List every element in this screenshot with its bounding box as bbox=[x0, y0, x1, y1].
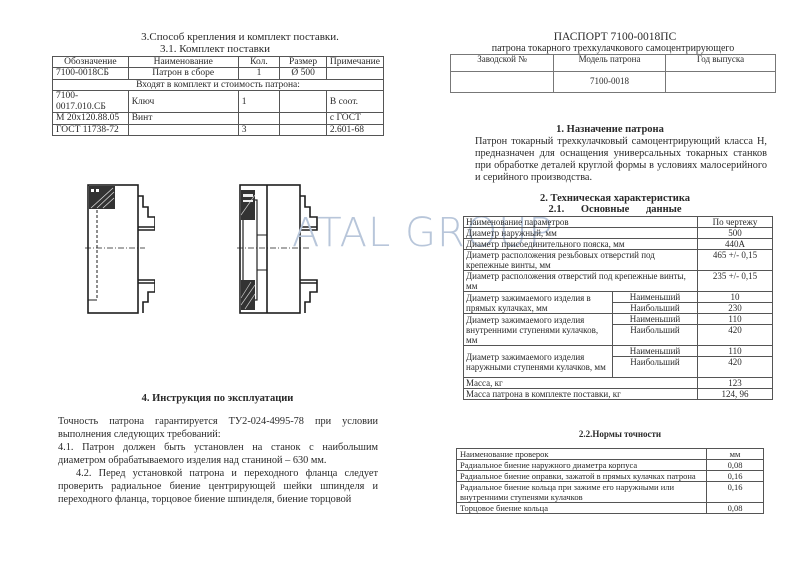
kit-included-label: Входят в комплект и стоимость патрона: bbox=[53, 79, 384, 90]
kit-cell: 1 bbox=[238, 91, 280, 113]
table-row: Диаметр зажимаемого изделия внутренними … bbox=[464, 314, 773, 325]
table-row: Масса патрона в комплекте поставки, кг 1… bbox=[464, 389, 773, 400]
kit-cell: 3 bbox=[238, 124, 280, 135]
param-value: 123 bbox=[698, 378, 773, 389]
passport-title: ПАСПОРТ 7100-0018ПС bbox=[525, 31, 705, 43]
table-row: Диаметр наружный, мм 500 bbox=[464, 228, 773, 239]
kit-cell bbox=[280, 124, 327, 135]
min-value: 110 bbox=[698, 314, 773, 325]
param-value: 500 bbox=[698, 228, 773, 239]
check-label: Торцовое биение кольца bbox=[457, 503, 707, 514]
kit-header-cell: Кол. bbox=[238, 57, 280, 68]
kit-cell bbox=[326, 68, 383, 79]
passport-subtitle: патрона токарного трехкулачкового самоце… bbox=[478, 43, 748, 54]
table-row: Радиальное биение наружного диаметра кор… bbox=[457, 460, 764, 471]
table-row: Диаметр присоединительного пояска, мм 44… bbox=[464, 239, 773, 250]
kit-cell: 7100-0017.010.СБ bbox=[53, 91, 129, 113]
kit-cell: М 20х120.88.05 bbox=[53, 113, 129, 124]
check-value: 0,16 bbox=[707, 482, 764, 503]
kit-header-cell: Размер bbox=[280, 57, 327, 68]
param-label: Диаметр зажимаемого изделия наружными ст… bbox=[464, 346, 613, 378]
check-value: 0,16 bbox=[707, 471, 764, 482]
param-label: Масса, кг bbox=[464, 378, 698, 389]
paragraph: 4.1. Патрон должен быть установлен на ст… bbox=[58, 441, 378, 467]
max-value: 230 bbox=[698, 303, 773, 314]
table-row: Радиальное биение кольца при зажиме его … bbox=[457, 482, 764, 503]
paragraph: Точность патрона гарантируется ТУ2-024-4… bbox=[58, 415, 378, 441]
kit-cell: Винт bbox=[128, 113, 238, 124]
paragraph: 4.2. Перед установкой патрона и переходн… bbox=[58, 467, 378, 506]
param-value: 124, 96 bbox=[698, 389, 773, 400]
table-row: М 20х120.88.05 Винт с ГОСТ bbox=[53, 113, 384, 124]
passport-header-cell: Модель патрона bbox=[554, 55, 666, 72]
section3-title: 3.Способ крепления и комплект поставки. bbox=[115, 31, 365, 43]
table-row: ГОСТ 11738-72 3 2.601-68 bbox=[53, 124, 384, 135]
param-label: Диаметр зажимаемого изделия в прямых кул… bbox=[464, 292, 613, 314]
kit-cell: ГОСТ 11738-72 bbox=[53, 124, 129, 135]
param-label: Диаметр расположения резьбовых отверстий… bbox=[464, 250, 698, 271]
table-row: 7100-0018 bbox=[451, 72, 776, 93]
section4-body: Точность патрона гарантируется ТУ2-024-4… bbox=[58, 415, 378, 506]
kit-header-cell: Наименование bbox=[128, 57, 238, 68]
kit-cell: с ГОСТ bbox=[326, 113, 383, 124]
param-value: 440А bbox=[698, 239, 773, 250]
section21-title: 2.1. Основные данные bbox=[495, 204, 735, 215]
main-data-table: Наименование параметров По чертежу Диаме… bbox=[463, 216, 773, 400]
check-value: 0,08 bbox=[707, 460, 764, 471]
kit-header-cell: Примечание bbox=[326, 57, 383, 68]
kit-cell: Патрон в сборе bbox=[128, 68, 238, 79]
table-row: Масса, кг 123 bbox=[464, 378, 773, 389]
kit-cell: 7100-0018СБ bbox=[53, 68, 129, 79]
check-label: Радиальное биение наружного диаметра кор… bbox=[457, 460, 707, 471]
section4-title: 4. Инструкция по эксплуатации bbox=[105, 393, 330, 404]
passport-header-cell: Заводской № bbox=[451, 55, 554, 72]
section1-body: Патрон токарный трехкулачковый самоцентр… bbox=[475, 136, 767, 184]
min-value: 110 bbox=[698, 346, 773, 357]
min-label: Наименьший bbox=[613, 346, 698, 357]
kit-cell: 1 bbox=[238, 68, 280, 79]
param-label: Диаметр зажимаемого изделия внутренними … bbox=[464, 314, 613, 346]
min-label: Наименьший bbox=[613, 314, 698, 325]
table-row: 7100-0018СБ Патрон в сборе 1 Ø 500 bbox=[53, 68, 384, 79]
section1-title: 1. Назначение патрона bbox=[520, 124, 700, 135]
param-label: Диаметр расположения отверстий под крепе… bbox=[464, 271, 698, 292]
table-row: Диаметр расположения отверстий под крепе… bbox=[464, 271, 773, 292]
table-row: Торцовое биение кольца 0,08 bbox=[457, 503, 764, 514]
value-header: По чертежу bbox=[698, 217, 773, 228]
param-value: 465 +/- 0,15 bbox=[698, 250, 773, 271]
kit-cell bbox=[238, 113, 280, 124]
accuracy-table-header: Наименование проверок мм bbox=[457, 449, 764, 460]
section31-title: 3.1. Комплект поставки bbox=[150, 43, 280, 55]
min-label: Наименьший bbox=[613, 292, 698, 303]
param-value: 235 +/- 0,15 bbox=[698, 271, 773, 292]
param-label: Масса патрона в комплекте поставки, кг bbox=[464, 389, 698, 400]
kit-cell: Ø 500 bbox=[280, 68, 327, 79]
kit-cell bbox=[280, 113, 327, 124]
kit-table-header: Обозначение Наименование Кол. Размер При… bbox=[53, 57, 384, 68]
kit-table: Обозначение Наименование Кол. Размер При… bbox=[52, 56, 384, 136]
serial-number-value bbox=[451, 72, 554, 93]
min-value: 10 bbox=[698, 292, 773, 303]
param-header: Наименование параметров bbox=[464, 217, 698, 228]
check-label: Радиальное биение оправки, зажатой в пря… bbox=[457, 471, 707, 482]
kit-cell: Ключ bbox=[128, 91, 238, 113]
passport-header-cell: Год выпуска bbox=[666, 55, 776, 72]
chuck-drawing-icon bbox=[85, 180, 155, 325]
max-label: Наибольший bbox=[613, 357, 698, 378]
max-value: 420 bbox=[698, 357, 773, 378]
max-value: 420 bbox=[698, 325, 773, 346]
param-label: Диаметр наружный, мм bbox=[464, 228, 698, 239]
kit-cell bbox=[128, 124, 238, 135]
kit-cell bbox=[280, 91, 327, 113]
param-label: Диаметр присоединительного пояска, мм bbox=[464, 239, 698, 250]
unit-header: мм bbox=[707, 449, 764, 460]
table-row: Диаметр зажимаемого изделия в прямых кул… bbox=[464, 292, 773, 303]
table-row: 7100-0017.010.СБ Ключ 1 В соот. bbox=[53, 91, 384, 113]
kit-header-cell: Обозначение bbox=[53, 57, 129, 68]
table-row: Диаметр расположения резьбовых отверстий… bbox=[464, 250, 773, 271]
check-value: 0,08 bbox=[707, 503, 764, 514]
max-label: Наибольший bbox=[613, 325, 698, 346]
passport-table: Заводской № Модель патрона Год выпуска 7… bbox=[450, 54, 776, 93]
table-row: Диаметр зажимаемого изделия наружными ст… bbox=[464, 346, 773, 357]
model-value: 7100-0018 bbox=[554, 72, 666, 93]
section2-title: 2. Техническая характеристика bbox=[495, 193, 735, 204]
passport-table-header: Заводской № Модель патрона Год выпуска bbox=[451, 55, 776, 72]
check-header: Наименование проверок bbox=[457, 449, 707, 460]
max-label: Наибольший bbox=[613, 303, 698, 314]
accuracy-table: Наименование проверок мм Радиальное биен… bbox=[456, 448, 764, 514]
table-row: Радиальное биение оправки, зажатой в пря… bbox=[457, 471, 764, 482]
check-label: Радиальное биение кольца при зажиме его … bbox=[457, 482, 707, 503]
section22-title: 2.2.Нормы точности bbox=[520, 429, 720, 439]
main-table-header: Наименование параметров По чертежу bbox=[464, 217, 773, 228]
table-row: Входят в комплект и стоимость патрона: bbox=[53, 79, 384, 90]
year-value bbox=[666, 72, 776, 93]
kit-cell: В соот. bbox=[326, 91, 383, 113]
kit-cell: 2.601-68 bbox=[326, 124, 383, 135]
